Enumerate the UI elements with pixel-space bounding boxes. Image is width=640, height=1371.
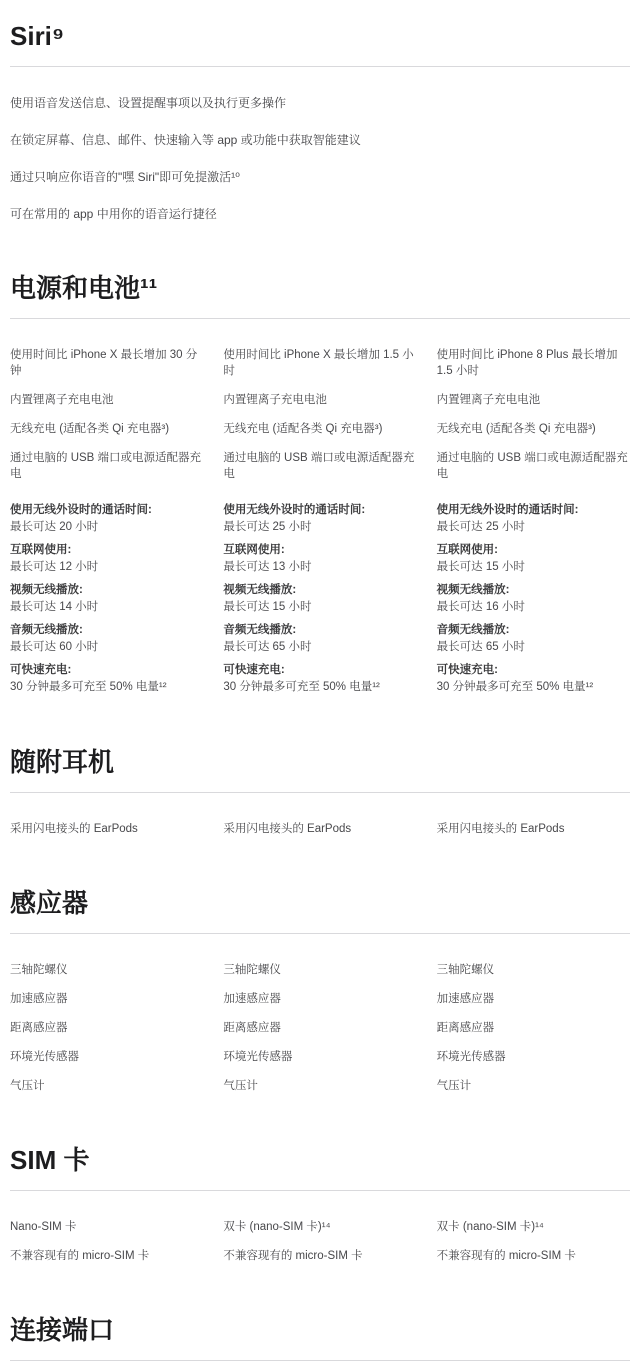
section-content: 使用语音发送信息、设置提醒事项以及执行更多操作在锁定屏幕、信息、邮件、快速输入等… (10, 67, 630, 222)
comparison-cell: 环境光传感器 (437, 1049, 630, 1065)
section-content: Nano-SIM 卡双卡 (nano-SIM 卡)¹⁴双卡 (nano-SIM … (10, 1191, 630, 1264)
section-content: 三轴陀螺仪三轴陀螺仪三轴陀螺仪加速感应器加速感应器加速感应器距离感应器距离感应器… (10, 934, 630, 1094)
section-included-headphones: 随附耳机 采用闪电接头的 EarPods采用闪电接头的 EarPods采用闪电接… (10, 744, 630, 837)
comparison-cell: 距离感应器 (437, 1020, 630, 1036)
cell-label: 视频无线播放: (10, 582, 203, 599)
section-title: 电源和电池¹¹ (10, 270, 630, 306)
cell-label: 视频无线播放: (223, 582, 416, 599)
comparison-cell: 使用时间比 iPhone X 最长增加 30 分钟 (10, 347, 203, 379)
comparison-cell: 可快速充电:30 分钟最多可充至 50% 电量¹² (10, 662, 203, 696)
cell-value: 最长可达 15 小时 (437, 559, 630, 576)
section-title: 连接端口 (10, 1312, 630, 1348)
comparison-cell: 通过电脑的 USB 端口或电源适配器充电 (10, 450, 203, 482)
comparison-cell: 通过电脑的 USB 端口或电源适配器充电 (437, 450, 630, 482)
cell-value: 最长可达 65 小时 (223, 639, 416, 656)
comparison-cell: 音频无线播放:最长可达 65 小时 (437, 622, 630, 656)
comparison-cell: 加速感应器 (10, 991, 203, 1007)
cell-label: 视频无线播放: (437, 582, 630, 599)
comparison-row: 使用时间比 iPhone X 最长增加 30 分钟使用时间比 iPhone X … (10, 347, 630, 379)
comparison-row: 使用无线外设时的通话时间:最长可达 20 小时使用无线外设时的通话时间:最长可达… (10, 502, 630, 536)
comparison-cell: 互联网使用:最长可达 13 小时 (223, 542, 416, 576)
comparison-cell: Nano-SIM 卡 (10, 1219, 203, 1235)
comparison-cell: 距离感应器 (223, 1020, 416, 1036)
comparison-cell: 可快速充电:30 分钟最多可充至 50% 电量¹² (437, 662, 630, 696)
cell-value: 最长可达 12 小时 (10, 559, 203, 576)
comparison-row: 音频无线播放:最长可达 60 小时音频无线播放:最长可达 65 小时音频无线播放… (10, 622, 630, 656)
cell-label: 互联网使用: (437, 542, 630, 559)
feature-row: 在锁定屏幕、信息、邮件、快速输入等 app 或功能中获取智能建议 (10, 132, 630, 148)
section-title: 随附耳机 (10, 744, 630, 780)
cell-value: 最长可达 20 小时 (10, 519, 203, 536)
section-title: Siri⁹ (10, 18, 630, 54)
feature-row: 使用语音发送信息、设置提醒事项以及执行更多操作 (10, 95, 630, 111)
cell-value: 最长可达 14 小时 (10, 599, 203, 616)
cell-label: 互联网使用: (223, 542, 416, 559)
cell-label: 可快速充电: (223, 662, 416, 679)
comparison-cell: 采用闪电接头的 EarPods (223, 821, 416, 837)
comparison-row: 环境光传感器环境光传感器环境光传感器 (10, 1049, 630, 1065)
comparison-cell: 采用闪电接头的 EarPods (437, 821, 630, 837)
comparison-row: 三轴陀螺仪三轴陀螺仪三轴陀螺仪 (10, 962, 630, 978)
comparison-cell: 三轴陀螺仪 (437, 962, 630, 978)
cell-label: 使用无线外设时的通话时间: (223, 502, 416, 519)
feature-row: 通过只响应你语音的"嘿 Siri"即可免提激活¹⁰ (10, 169, 630, 185)
comparison-cell: 视频无线播放:最长可达 14 小时 (10, 582, 203, 616)
cell-value: 最长可达 25 小时 (223, 519, 416, 536)
section-sim-card: SIM 卡 Nano-SIM 卡双卡 (nano-SIM 卡)¹⁴双卡 (nan… (10, 1142, 630, 1264)
comparison-cell: 通过电脑的 USB 端口或电源适配器充电 (223, 450, 416, 482)
section-title: SIM 卡 (10, 1142, 630, 1178)
comparison-cell: 双卡 (nano-SIM 卡)¹⁴ (223, 1219, 416, 1235)
section-divider (10, 1360, 630, 1361)
comparison-cell: 加速感应器 (223, 991, 416, 1007)
comparison-cell: 气压计 (10, 1078, 203, 1094)
cell-value: 30 分钟最多可充至 50% 电量¹² (223, 679, 416, 696)
comparison-cell: 内置锂离子充电电池 (223, 392, 416, 408)
cell-label: 可快速充电: (10, 662, 203, 679)
comparison-cell: 音频无线播放:最长可达 65 小时 (223, 622, 416, 656)
section-content: 使用时间比 iPhone X 最长增加 30 分钟使用时间比 iPhone X … (10, 319, 630, 696)
cell-label: 音频无线播放: (10, 622, 203, 639)
comparison-row: 无线充电 (适配各类 Qi 充电器³)无线充电 (适配各类 Qi 充电器³)无线… (10, 421, 630, 437)
spec-sections: Siri⁹ 使用语音发送信息、设置提醒事项以及执行更多操作在锁定屏幕、信息、邮件… (10, 18, 630, 1361)
cell-value: 最长可达 16 小时 (437, 599, 630, 616)
comparison-cell: 互联网使用:最长可达 15 小时 (437, 542, 630, 576)
comparison-row: 视频无线播放:最长可达 14 小时视频无线播放:最长可达 15 小时视频无线播放… (10, 582, 630, 616)
comparison-row: 气压计气压计气压计 (10, 1078, 630, 1094)
cell-label: 使用无线外设时的通话时间: (437, 502, 630, 519)
comparison-cell: 距离感应器 (10, 1020, 203, 1036)
comparison-cell: 使用无线外设时的通话时间:最长可达 20 小时 (10, 502, 203, 536)
comparison-row: 可快速充电:30 分钟最多可充至 50% 电量¹²可快速充电:30 分钟最多可充… (10, 662, 630, 696)
comparison-row: 内置锂离子充电电池内置锂离子充电电池内置锂离子充电电池 (10, 392, 630, 408)
section-power-battery: 电源和电池¹¹ 使用时间比 iPhone X 最长增加 30 分钟使用时间比 i… (10, 270, 630, 696)
comparison-cell: 视频无线播放:最长可达 16 小时 (437, 582, 630, 616)
comparison-cell: 无线充电 (适配各类 Qi 充电器³) (223, 421, 416, 437)
cell-value: 30 分钟最多可充至 50% 电量¹² (10, 679, 203, 696)
cell-label: 使用无线外设时的通话时间: (10, 502, 203, 519)
cell-value: 最长可达 65 小时 (437, 639, 630, 656)
comparison-cell: 不兼容现有的 micro-SIM 卡 (223, 1248, 416, 1264)
section-sensors: 感应器 三轴陀螺仪三轴陀螺仪三轴陀螺仪加速感应器加速感应器加速感应器距离感应器距… (10, 885, 630, 1094)
comparison-cell: 内置锂离子充电电池 (437, 392, 630, 408)
cell-value: 最长可达 60 小时 (10, 639, 203, 656)
comparison-cell: 气压计 (223, 1078, 416, 1094)
cell-value: 30 分钟最多可充至 50% 电量¹² (437, 679, 630, 696)
comparison-cell: 无线充电 (适配各类 Qi 充电器³) (10, 421, 203, 437)
cell-label: 可快速充电: (437, 662, 630, 679)
comparison-row: Nano-SIM 卡双卡 (nano-SIM 卡)¹⁴双卡 (nano-SIM … (10, 1219, 630, 1235)
comparison-row: 通过电脑的 USB 端口或电源适配器充电通过电脑的 USB 端口或电源适配器充电… (10, 450, 630, 482)
spec-comparison-page: Siri⁹ 使用语音发送信息、设置提醒事项以及执行更多操作在锁定屏幕、信息、邮件… (0, 0, 640, 1361)
comparison-cell: 互联网使用:最长可达 12 小时 (10, 542, 203, 576)
cell-value: 最长可达 13 小时 (223, 559, 416, 576)
comparison-cell: 使用时间比 iPhone 8 Plus 最长增加 1.5 小时 (437, 347, 630, 379)
comparison-cell: 可快速充电:30 分钟最多可充至 50% 电量¹² (223, 662, 416, 696)
cell-label: 音频无线播放: (437, 622, 630, 639)
section-title: 感应器 (10, 885, 630, 921)
comparison-cell: 三轴陀螺仪 (10, 962, 203, 978)
comparison-row: 采用闪电接头的 EarPods采用闪电接头的 EarPods采用闪电接头的 Ea… (10, 821, 630, 837)
comparison-cell: 使用无线外设时的通话时间:最长可达 25 小时 (223, 502, 416, 536)
comparison-row: 不兼容现有的 micro-SIM 卡不兼容现有的 micro-SIM 卡不兼容现… (10, 1248, 630, 1264)
comparison-cell: 三轴陀螺仪 (223, 962, 416, 978)
comparison-cell: 环境光传感器 (10, 1049, 203, 1065)
section-siri: Siri⁹ 使用语音发送信息、设置提醒事项以及执行更多操作在锁定屏幕、信息、邮件… (10, 18, 630, 222)
cell-label: 互联网使用: (10, 542, 203, 559)
comparison-row: 互联网使用:最长可达 12 小时互联网使用:最长可达 13 小时互联网使用:最长… (10, 542, 630, 576)
comparison-row: 加速感应器加速感应器加速感应器 (10, 991, 630, 1007)
comparison-cell: 使用无线外设时的通话时间:最长可达 25 小时 (437, 502, 630, 536)
cell-value: 最长可达 15 小时 (223, 599, 416, 616)
comparison-row: 距离感应器距离感应器距离感应器 (10, 1020, 630, 1036)
cell-label: 音频无线播放: (223, 622, 416, 639)
comparison-cell: 气压计 (437, 1078, 630, 1094)
comparison-cell: 双卡 (nano-SIM 卡)¹⁴ (437, 1219, 630, 1235)
comparison-cell: 无线充电 (适配各类 Qi 充电器³) (437, 421, 630, 437)
comparison-cell: 不兼容现有的 micro-SIM 卡 (10, 1248, 203, 1264)
comparison-cell: 环境光传感器 (223, 1049, 416, 1065)
section-content: 采用闪电接头的 EarPods采用闪电接头的 EarPods采用闪电接头的 Ea… (10, 793, 630, 837)
section-connectors: 连接端口 (10, 1312, 630, 1361)
comparison-cell: 加速感应器 (437, 991, 630, 1007)
comparison-cell: 不兼容现有的 micro-SIM 卡 (437, 1248, 630, 1264)
cell-value: 最长可达 25 小时 (437, 519, 630, 536)
comparison-cell: 音频无线播放:最长可达 60 小时 (10, 622, 203, 656)
comparison-cell: 视频无线播放:最长可达 15 小时 (223, 582, 416, 616)
feature-row: 可在常用的 app 中用你的语音运行捷径 (10, 206, 630, 222)
comparison-cell: 使用时间比 iPhone X 最长增加 1.5 小时 (223, 347, 416, 379)
comparison-cell: 采用闪电接头的 EarPods (10, 821, 203, 837)
comparison-cell: 内置锂离子充电电池 (10, 392, 203, 408)
